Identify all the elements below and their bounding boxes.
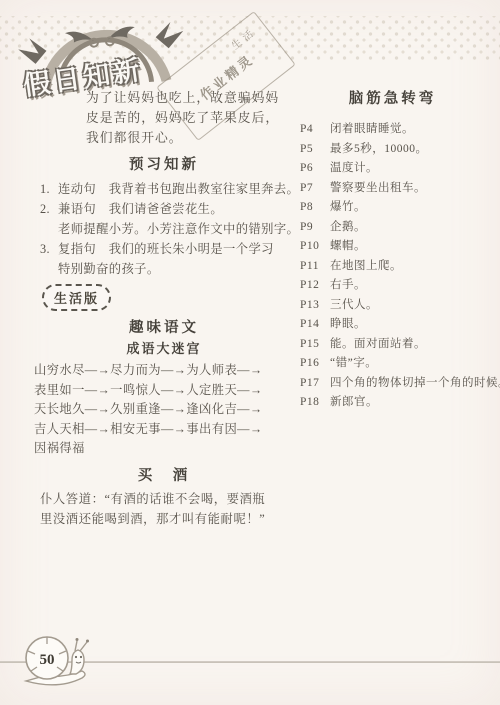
page-number: 50 xyxy=(40,652,55,668)
answer-text: 企鹅。 xyxy=(330,218,366,238)
answer-text: 三代人。 xyxy=(330,296,378,316)
answer-row: P5 最多5秒，10000。 xyxy=(300,140,485,160)
answer-page-ref: P12 xyxy=(300,276,330,296)
answer-page-ref: P4 xyxy=(300,120,330,140)
answer-row: P10 螺帽。 xyxy=(300,237,485,257)
idiom-maze-line: 天长地久—→久别重逢—→逢凶化吉—→ xyxy=(34,400,288,420)
preview-row: 老师提醒小芳。小芳注意作文中的错别字。 xyxy=(40,219,288,239)
preview-section-title: 预习知新 xyxy=(40,154,288,176)
preview-row: 特别勤奋的孩子。 xyxy=(40,259,288,279)
idiom-maze-line: 表里如一—→一鸣惊人—→人定胜天—→ xyxy=(34,381,288,401)
answer-row: P11 在地图上爬。 xyxy=(300,257,485,277)
idiom-maze-line: 吉人天相—→相安无事—→事出有因—→ xyxy=(34,420,288,440)
preview-row-number: 1. xyxy=(40,179,58,199)
answer-row: P18 新郎官。 xyxy=(300,393,485,413)
buy-wine-paragraph: 仆人答道：“有酒的话谁不会喝，要酒瓶里没酒还能喝到酒，那才叫有能耐呢！” xyxy=(40,489,288,529)
answer-page-ref: P10 xyxy=(300,237,330,257)
snail-page-number: 50 xyxy=(14,626,124,692)
answer-row: P8 爆竹。 xyxy=(300,198,485,218)
answer-row: P16 “错”字。 xyxy=(300,354,485,374)
answer-text: 闭着眼睛睡觉。 xyxy=(330,120,414,140)
buy-wine-title: 买 酒 xyxy=(40,465,288,487)
answer-text: 螺帽。 xyxy=(330,237,366,257)
buy-wine-line: 里没酒还能喝到酒，那才叫有能耐呢！” xyxy=(40,509,288,529)
preview-list: 1. 连动句 我背着书包跑出教室往家里奔去。 2. 兼语句 我们请爸爸尝花生。 … xyxy=(40,179,288,279)
preview-row-number: 2. xyxy=(40,199,58,219)
answer-page-ref: P6 xyxy=(300,159,330,179)
fun-chinese-title: 趣味语文 xyxy=(40,317,288,339)
idiom-maze-title: 成语大迷宫 xyxy=(40,339,288,359)
answer-text: 能。面对面站着。 xyxy=(330,335,426,355)
answer-text: 四个角的物体切掉一个角的时候。 xyxy=(330,374,500,394)
answer-page-ref: P11 xyxy=(300,257,330,277)
answer-page-ref: P17 xyxy=(300,374,330,394)
stamp-side-text: 生活 xyxy=(228,23,259,52)
answer-row: P7 警察要坐出租车。 xyxy=(300,179,485,199)
life-edition-badge: 生活版 xyxy=(42,284,111,311)
answer-row: P14 睁眼。 xyxy=(300,315,485,335)
right-column: 脑筋急转弯 P4 闭着眼睛睡觉。 P5 最多5秒，10000。 P6 温度计。 xyxy=(300,88,485,413)
preview-row-text: 特别勤奋的孩子。 xyxy=(58,259,288,279)
intro-line: 皮是苦的，妈妈吃了苹果皮后， xyxy=(86,108,288,128)
answer-row: P9 企鹅。 xyxy=(300,218,485,238)
preview-row-text: 复指句 我们的班长朱小明是一个学习 xyxy=(58,239,288,259)
answer-page-ref: P8 xyxy=(300,198,330,218)
answer-text: 爆竹。 xyxy=(330,198,366,218)
snail-icon: 50 xyxy=(14,626,124,692)
preview-row-text: 连动句 我背着书包跑出教室往家里奔去。 xyxy=(58,179,299,199)
intro-line: 我们都很开心。 xyxy=(86,128,288,148)
life-edition-badge-label: 生活版 xyxy=(54,291,99,306)
answer-page-ref: P5 xyxy=(300,140,330,160)
intro-paragraph: 为了让妈妈也吃上，故意骗妈妈皮是苦的，妈妈吃了苹果皮后，我们都很开心。 xyxy=(86,88,288,148)
idiom-maze-line: 因祸得福 xyxy=(34,439,288,459)
answer-text: 新郎官。 xyxy=(330,393,378,413)
answer-page-ref: P7 xyxy=(300,179,330,199)
answer-page-ref: P9 xyxy=(300,218,330,238)
intro-line: 为了让妈妈也吃上，故意骗妈妈 xyxy=(86,88,288,108)
preview-row: 1. 连动句 我背着书包跑出教室往家里奔去。 xyxy=(40,179,288,199)
buy-wine-line: 仆人答道：“有酒的话谁不会喝，要酒瓶 xyxy=(40,489,288,509)
answer-page-ref: P16 xyxy=(300,354,330,374)
preview-row-text: 老师提醒小芳。小芳注意作文中的错别字。 xyxy=(58,219,299,239)
preview-row-text: 兼语句 我们请爸爸尝花生。 xyxy=(58,199,288,219)
answer-page-ref: P18 xyxy=(300,393,330,413)
answer-page-ref: P13 xyxy=(300,296,330,316)
brain-teaser-answers: P4 闭着眼睛睡觉。 P5 最多5秒，10000。 P6 温度计。 P7 警察要… xyxy=(300,120,485,413)
idiom-maze: 山穷水尽—→尽力而为—→为人师表—→表里如一—→一鸣惊人—→人定胜天—→天长地久… xyxy=(34,361,288,459)
answer-text: 警察要坐出租车。 xyxy=(330,179,426,199)
preview-row-number xyxy=(40,259,58,279)
idiom-maze-line: 山穷水尽—→尽力而为—→为人师表—→ xyxy=(34,361,288,381)
preview-row-number: 3. xyxy=(40,239,58,259)
preview-row: 2. 兼语句 我们请爸爸尝花生。 xyxy=(40,199,288,219)
answer-page-ref: P14 xyxy=(300,315,330,335)
answer-row: P12 右手。 xyxy=(300,276,485,296)
answer-text: 最多5秒，10000。 xyxy=(330,140,428,160)
answer-row: P13 三代人。 xyxy=(300,296,485,316)
preview-row-number xyxy=(40,219,58,239)
preview-row: 3. 复指句 我们的班长朱小明是一个学习 xyxy=(40,239,288,259)
brain-teaser-title: 脑筋急转弯 xyxy=(300,88,485,110)
answer-text: 在地图上爬。 xyxy=(330,257,402,277)
left-column: 为了让妈妈也吃上，故意骗妈妈皮是苦的，妈妈吃了苹果皮后，我们都很开心。 预习知新… xyxy=(40,88,288,529)
answer-row: P4 闭着眼睛睡觉。 xyxy=(300,120,485,140)
answer-row: P6 温度计。 xyxy=(300,159,485,179)
workbook-page: 假日知新 作业精灵 生活 为了让妈妈也吃上，故意骗妈妈皮是苦的，妈妈吃了苹果皮后… xyxy=(0,0,500,705)
answer-text: “错”字。 xyxy=(330,354,377,374)
answer-text: 右手。 xyxy=(330,276,366,296)
answer-row: P17 四个角的物体切掉一个角的时候。 xyxy=(300,374,485,394)
answer-text: 睁眼。 xyxy=(330,315,366,335)
answer-text: 温度计。 xyxy=(330,159,378,179)
answer-page-ref: P15 xyxy=(300,335,330,355)
answer-row: P15 能。面对面站着。 xyxy=(300,335,485,355)
